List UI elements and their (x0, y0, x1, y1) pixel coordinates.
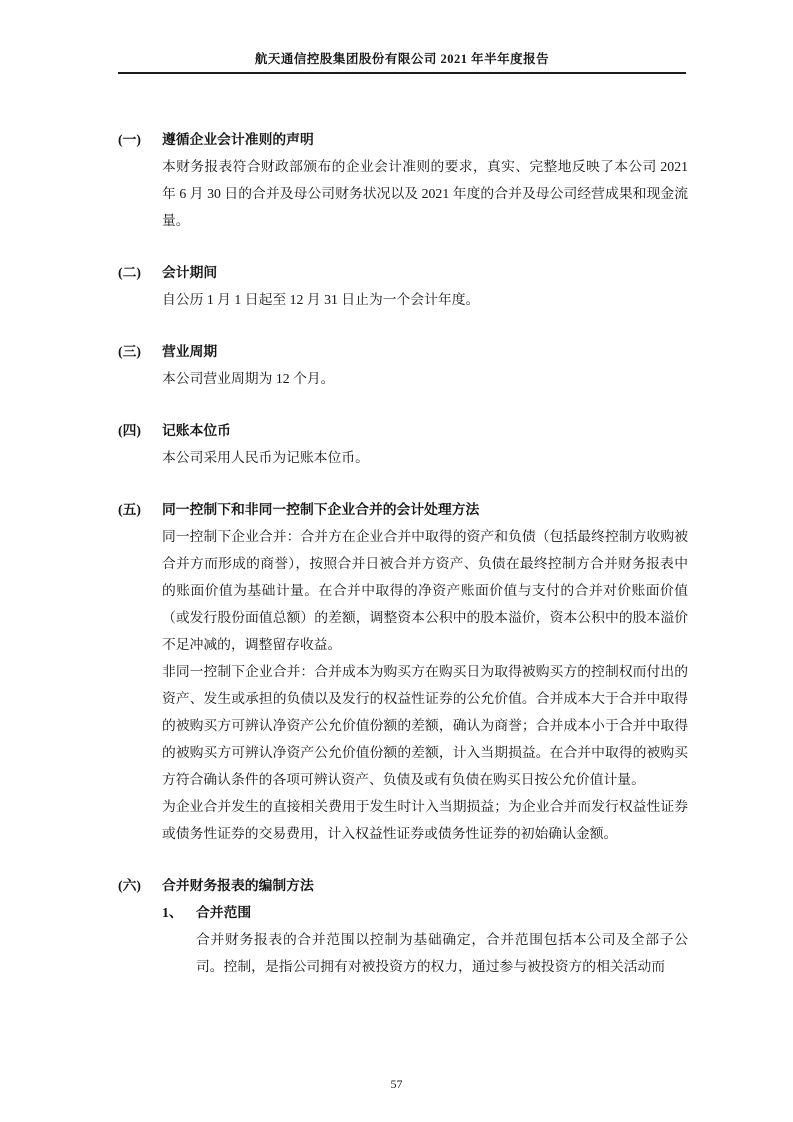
section-business-combination-accounting: (五) 同一控制下和非同一控制下企业合并的会计处理方法 同一控制下企业合并：合并… (118, 496, 688, 847)
report-page: 航天通信控股集团股份有限公司 2021 年半年度报告 (一) 遵循企业会计准则的… (0, 0, 793, 1122)
section-label: (六) (118, 872, 162, 980)
section-label: (四) (118, 417, 162, 471)
section-paragraph: 本公司采用人民币为记账本位币。 (162, 444, 688, 471)
section-title: 合并财务报表的编制方法 (162, 872, 688, 899)
subsection-consolidation-scope: 1、 合并范围 合并财务报表的合并范围以控制为基础确定，合并范围包括本公司及全部… (162, 899, 688, 980)
section-title: 记账本位币 (162, 417, 688, 444)
section-label: (三) (118, 338, 162, 392)
section-functional-currency: (四) 记账本位币 本公司采用人民币为记账本位币。 (118, 417, 688, 471)
section-paragraph: 为企业合并发生的直接相关费用于发生时计入当期损益；为企业合并而发行权益性证券或债… (162, 793, 688, 847)
subsection-label: 1、 (162, 899, 196, 980)
section-consolidated-statements-method: (六) 合并财务报表的编制方法 1、 合并范围 合并财务报表的合并范围以控制为基… (118, 872, 688, 980)
section-title: 会计期间 (162, 259, 688, 286)
page-number: 57 (0, 1076, 793, 1092)
section-label: (一) (118, 126, 162, 234)
section-title: 营业周期 (162, 338, 688, 365)
subsection-title: 合并范围 (196, 899, 688, 926)
section-paragraph: 本公司营业周期为 12 个月。 (162, 365, 688, 392)
report-header-title: 航天通信控股集团股份有限公司 2021 年半年度报告 (118, 48, 686, 70)
section-title: 同一控制下和非同一控制下企业合并的会计处理方法 (162, 496, 688, 523)
section-label: (二) (118, 259, 162, 313)
section-paragraph: 非同一控制下企业合并：合并成本为购买方在购买日为取得被购买方的控制权而付出的资产… (162, 658, 688, 793)
section-accounting-standards-statement: (一) 遵循企业会计准则的声明 本财务报表符合财政部颁布的企业会计准则的要求，真… (118, 126, 688, 234)
section-paragraph: 本财务报表符合财政部颁布的企业会计准则的要求，真实、完整地反映了本公司 2021… (162, 153, 688, 234)
section-title: 遵循企业会计准则的声明 (162, 126, 688, 153)
section-operating-cycle: (三) 营业周期 本公司营业周期为 12 个月。 (118, 338, 688, 392)
section-paragraph: 自公历 1 月 1 日起至 12 月 31 日止为一个会计年度。 (162, 286, 688, 313)
section-label: (五) (118, 496, 162, 847)
report-header: 航天通信控股集团股份有限公司 2021 年半年度报告 (118, 0, 686, 74)
section-accounting-period: (二) 会计期间 自公历 1 月 1 日起至 12 月 31 日止为一个会计年度… (118, 259, 688, 313)
section-paragraph: 同一控制下企业合并：合并方在企业合并中取得的资产和负债（包括最终控制方收购被合并… (162, 523, 688, 658)
subsection-paragraph: 合并财务报表的合并范围以控制为基础确定，合并范围包括本公司及全部子公司。控制，是… (196, 926, 688, 980)
page-content: (一) 遵循企业会计准则的声明 本财务报表符合财政部颁布的企业会计准则的要求，真… (118, 126, 688, 980)
